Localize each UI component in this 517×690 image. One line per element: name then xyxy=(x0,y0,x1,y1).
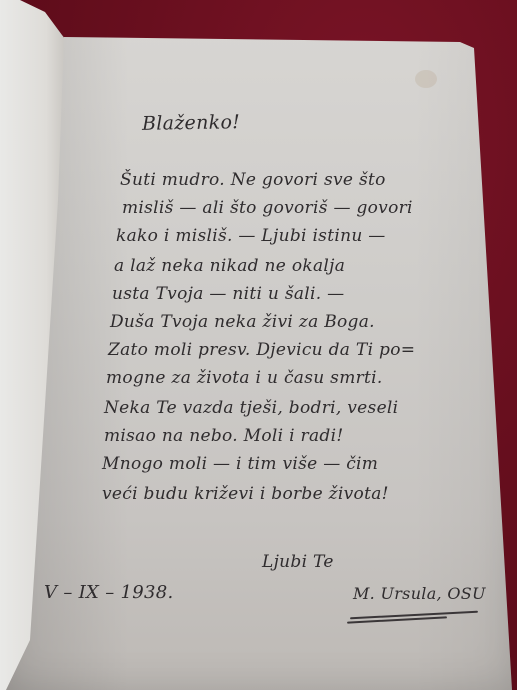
letter-line: misao na nebo. Moli i radi! xyxy=(104,426,343,446)
letter-line: kako i misliš. — Ljubi istinu — xyxy=(116,226,386,246)
letter-line: usta Tvoja — niti u šali. — xyxy=(112,284,345,304)
letter-line: Zato moli presv. Djevicu da Ti po= xyxy=(108,340,415,360)
letter-salutation: Blaženko! xyxy=(142,111,241,135)
letter-date: V – IX – 1938. xyxy=(44,582,174,603)
letter-line: misliš — ali što govoriš — govori xyxy=(122,198,413,218)
letter-line: Duša Tvoja neka živi za Boga. xyxy=(110,312,375,332)
letter-signature: M. Ursula, OSU xyxy=(353,584,486,603)
letter-line: Mnogo moli — i tim više — čim xyxy=(102,454,378,474)
paper-stain xyxy=(415,70,437,88)
letter-closing: Ljubi Te xyxy=(262,552,334,572)
letter-line: veći budu križevi i borbe života! xyxy=(102,484,389,504)
letter-line: Šuti mudro. Ne govori sve što xyxy=(120,170,386,190)
letter-line: a laž neka nikad ne okalja xyxy=(114,256,345,276)
letter-line: mogne za života i u času smrti. xyxy=(106,368,383,388)
letter-line: Neka Te vazda tješi, bodri, veseli xyxy=(104,398,398,418)
